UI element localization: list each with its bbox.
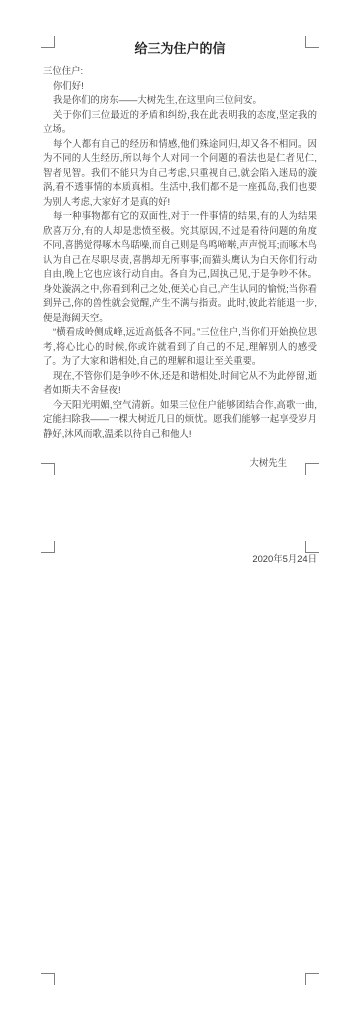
letter-salutation: 三位住户: — [43, 64, 317, 79]
letter-title: 给三为住户的信 — [43, 40, 317, 58]
letter-paragraph: 关于你们三位最近的矛盾和纠纷,我在此表明我的态度,坚定我的立场。 — [43, 108, 317, 137]
letter-paragraph: “横看成岭侧成峰,远近高低各不同。”三位住户,当你们开始换位思考,将心比心的时候… — [43, 325, 317, 369]
letter-paragraph: 今天阳光明媚,空气清新。如果三位住户能够团结合作,高歌一曲,定能扫除我——一棵大… — [43, 398, 317, 442]
letter-page1-text-area: 给三为住户的信 三位住户: 你们好! 我是你们的房东——大树先生,在这里向三位问… — [43, 40, 317, 470]
letter-paragraph: 每一种事物都有它的双面性,对于一件事情的结果,有的人为结果欣喜万分,有的人却是悲… — [43, 209, 317, 325]
letter-paragraph: 每个人都有自己的经历和情感,他们殊途同归,却又各不相同。因为不同的人生经历,所以… — [43, 137, 317, 210]
letter-paragraph: 我是你们的房东——大树先生,在这里向三位问安。 — [43, 93, 317, 108]
letter-paragraph: 现在,不管你们是争吵不休,还是和谐相处,时间它从不为此停留,逝者如斯夫不舍昼夜! — [43, 369, 317, 398]
crop-mark-page2-bottom-right — [305, 973, 319, 985]
letter-paragraph: 你们好! — [43, 79, 317, 94]
crop-mark-page2-bottom-left — [41, 973, 55, 985]
letter-signature: 大树先生 — [43, 456, 317, 471]
letter-date: 2020年5月24日 — [43, 552, 317, 567]
